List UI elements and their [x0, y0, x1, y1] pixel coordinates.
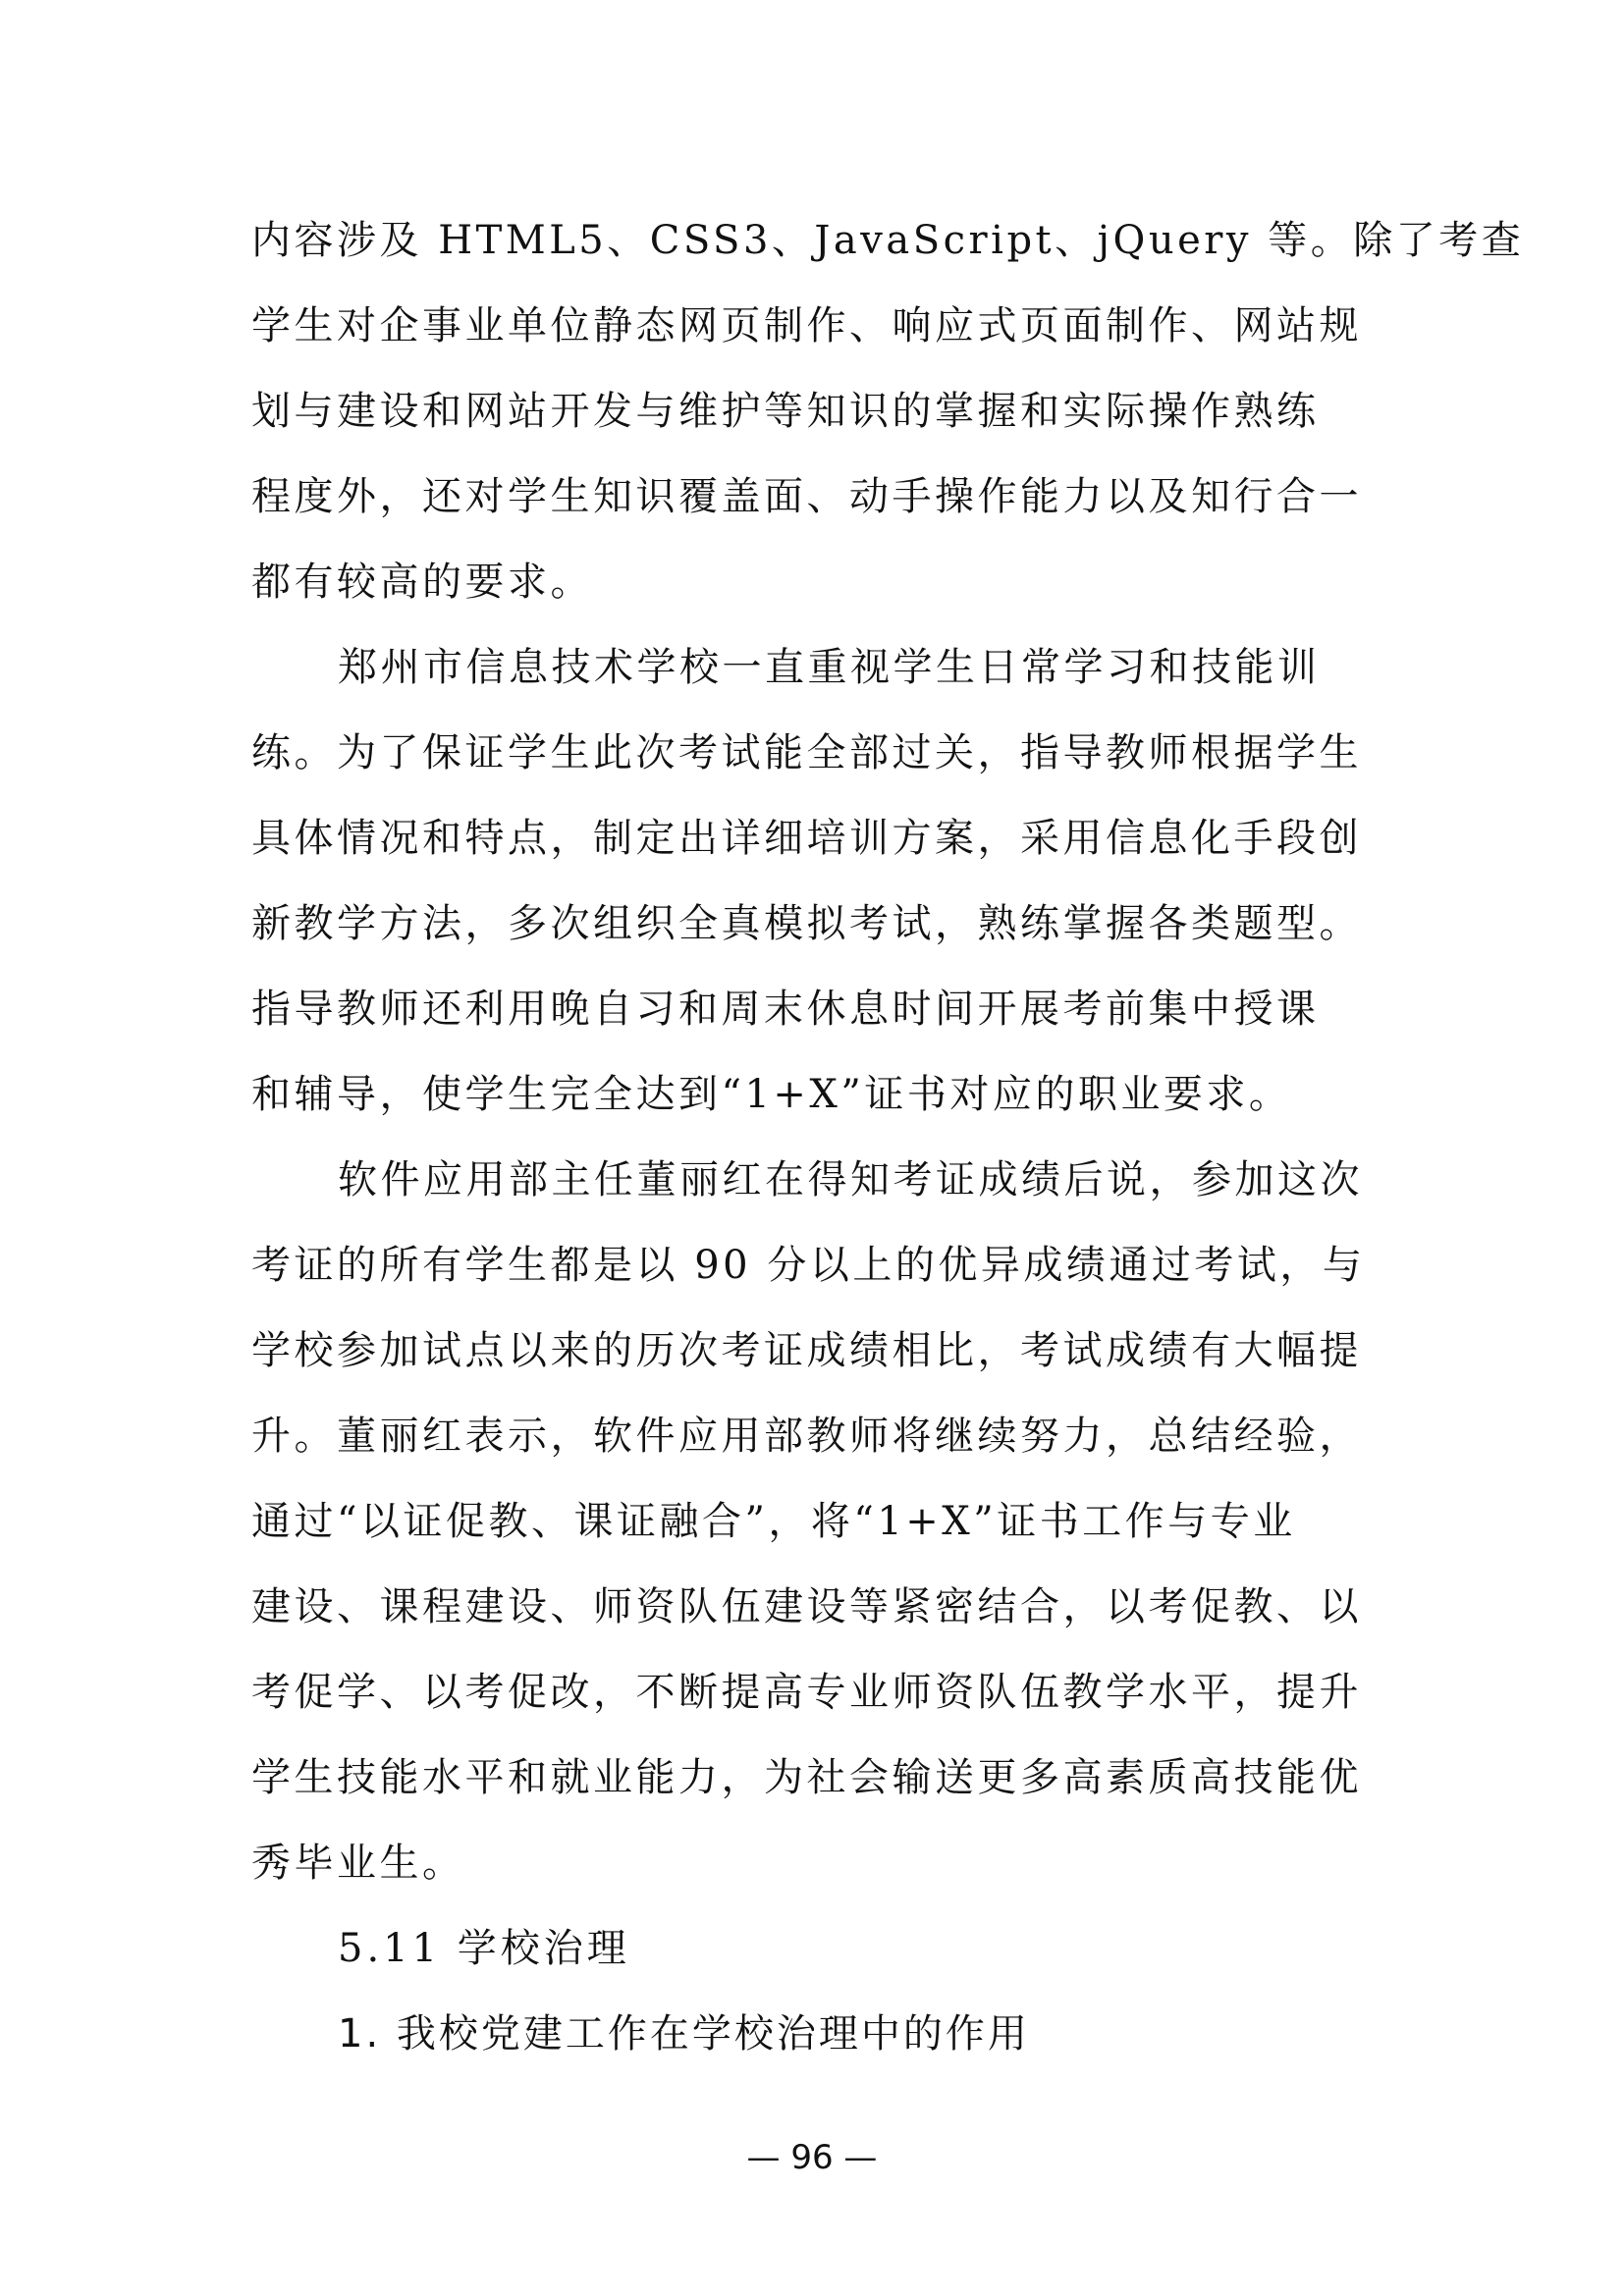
text-line: 具体情况和特点，制定出详细培训方案，采用信息化手段创 [251, 796, 1390, 881]
text-line: 练。为了保证学生此次考试能全部过关，指导教师根据学生 [251, 711, 1390, 796]
text-line: 通过“以证促教、课证融合”，将“1+X”证书工作与专业 [251, 1479, 1390, 1565]
text-line: 划与建设和网站开发与维护等知识的掌握和实际操作熟练 [251, 369, 1390, 454]
text-line: 程度外，还对学生知识覆盖面、动手操作能力以及知行合一 [251, 454, 1390, 540]
text-line: 郑州市信息技术学校一直重视学生日常学习和技能训 [251, 625, 1390, 711]
text-line: 内容涉及 HTML5、CSS3、JavaScript、jQuery 等。除了考查 [251, 198, 1390, 284]
paragraph-2: 郑州市信息技术学校一直重视学生日常学习和技能训 练。为了保证学生此次考试能全部过… [251, 625, 1390, 1138]
text-line: 学校参加试点以来的历次考证成绩相比，考试成绩有大幅提 [251, 1308, 1390, 1394]
body-text: 内容涉及 HTML5、CSS3、JavaScript、jQuery 等。除了考查… [251, 198, 1390, 2077]
text-line: 新教学方法，多次组织全真模拟考试，熟练掌握各类题型。 [251, 881, 1390, 967]
text-line: 建设、课程建设、师资队伍建设等紧密结合，以考促教、以 [251, 1565, 1390, 1650]
text-line: 指导教师还利用晚自习和周末休息时间开展考前集中授课 [251, 967, 1390, 1052]
text-line: 学生对企事业单位静态网页制作、响应式页面制作、网站规 [251, 284, 1390, 369]
text-line: 考证的所有学生都是以 90 分以上的优异成绩通过考试，与 [251, 1223, 1390, 1308]
text-line: 都有较高的要求。 [251, 540, 1390, 625]
document-page: 内容涉及 HTML5、CSS3、JavaScript、jQuery 等。除了考查… [0, 0, 1624, 2296]
text-line: 软件应用部主任董丽红在得知考证成绩后说，参加这次 [251, 1138, 1390, 1223]
section-heading: 5.11 学校治理 [251, 1906, 1390, 1992]
text-line: 学生技能水平和就业能力，为社会输送更多高素质高技能优 [251, 1735, 1390, 1821]
paragraph-3: 软件应用部主任董丽红在得知考证成绩后说，参加这次 考证的所有学生都是以 90 分… [251, 1138, 1390, 1906]
subsection-heading: 1. 我校党建工作在学校治理中的作用 [251, 1992, 1390, 2077]
text-line: 升。董丽红表示，软件应用部教师将继续努力，总结经验， [251, 1394, 1390, 1479]
text-line: 考促学、以考促改，不断提高专业师资队伍教学水平，提升 [251, 1650, 1390, 1735]
page-number: — 96 — [0, 2136, 1624, 2179]
paragraph-1: 内容涉及 HTML5、CSS3、JavaScript、jQuery 等。除了考查… [251, 198, 1390, 625]
text-line: 和辅导，使学生完全达到“1+X”证书对应的职业要求。 [251, 1052, 1390, 1138]
text-line: 秀毕业生。 [251, 1821, 1390, 1906]
